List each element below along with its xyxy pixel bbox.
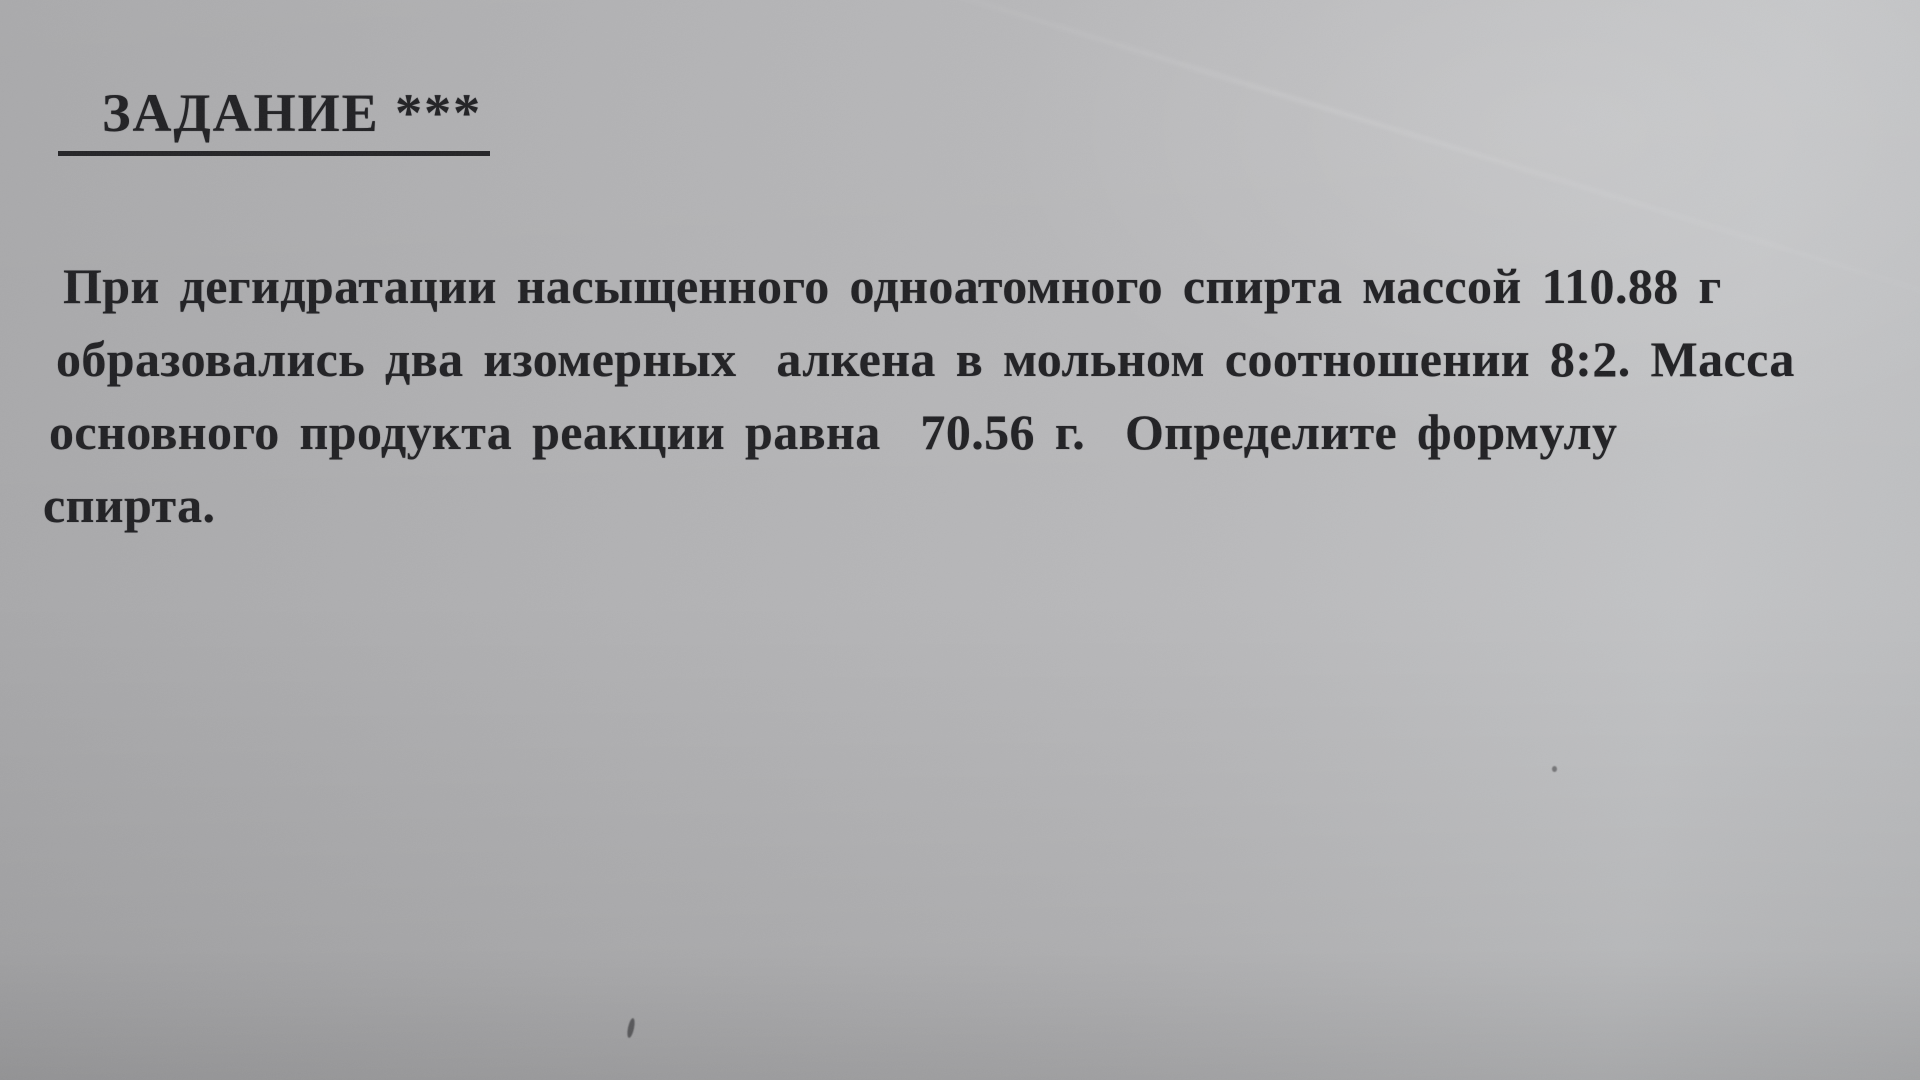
task-text: При дегидратации насыщенного одноатомног… [43,250,1795,542]
task-title-block: ЗАДАНИЕ *** [58,82,490,156]
body-line: основного продукта реакции равна 70.56 г… [49,396,1795,469]
body-line: спирта. [43,469,1795,542]
body-line: При дегидратации насыщенного одноатомног… [63,250,1795,323]
dust-speck [1552,766,1557,772]
paper-photo: ЗАДАНИЕ *** При дегидратации насыщенного… [0,0,1920,1080]
task-title: ЗАДАНИЕ *** [58,82,490,156]
dust-speck [626,1018,636,1039]
body-line: образовались два изомерных алкена в моль… [56,323,1795,396]
